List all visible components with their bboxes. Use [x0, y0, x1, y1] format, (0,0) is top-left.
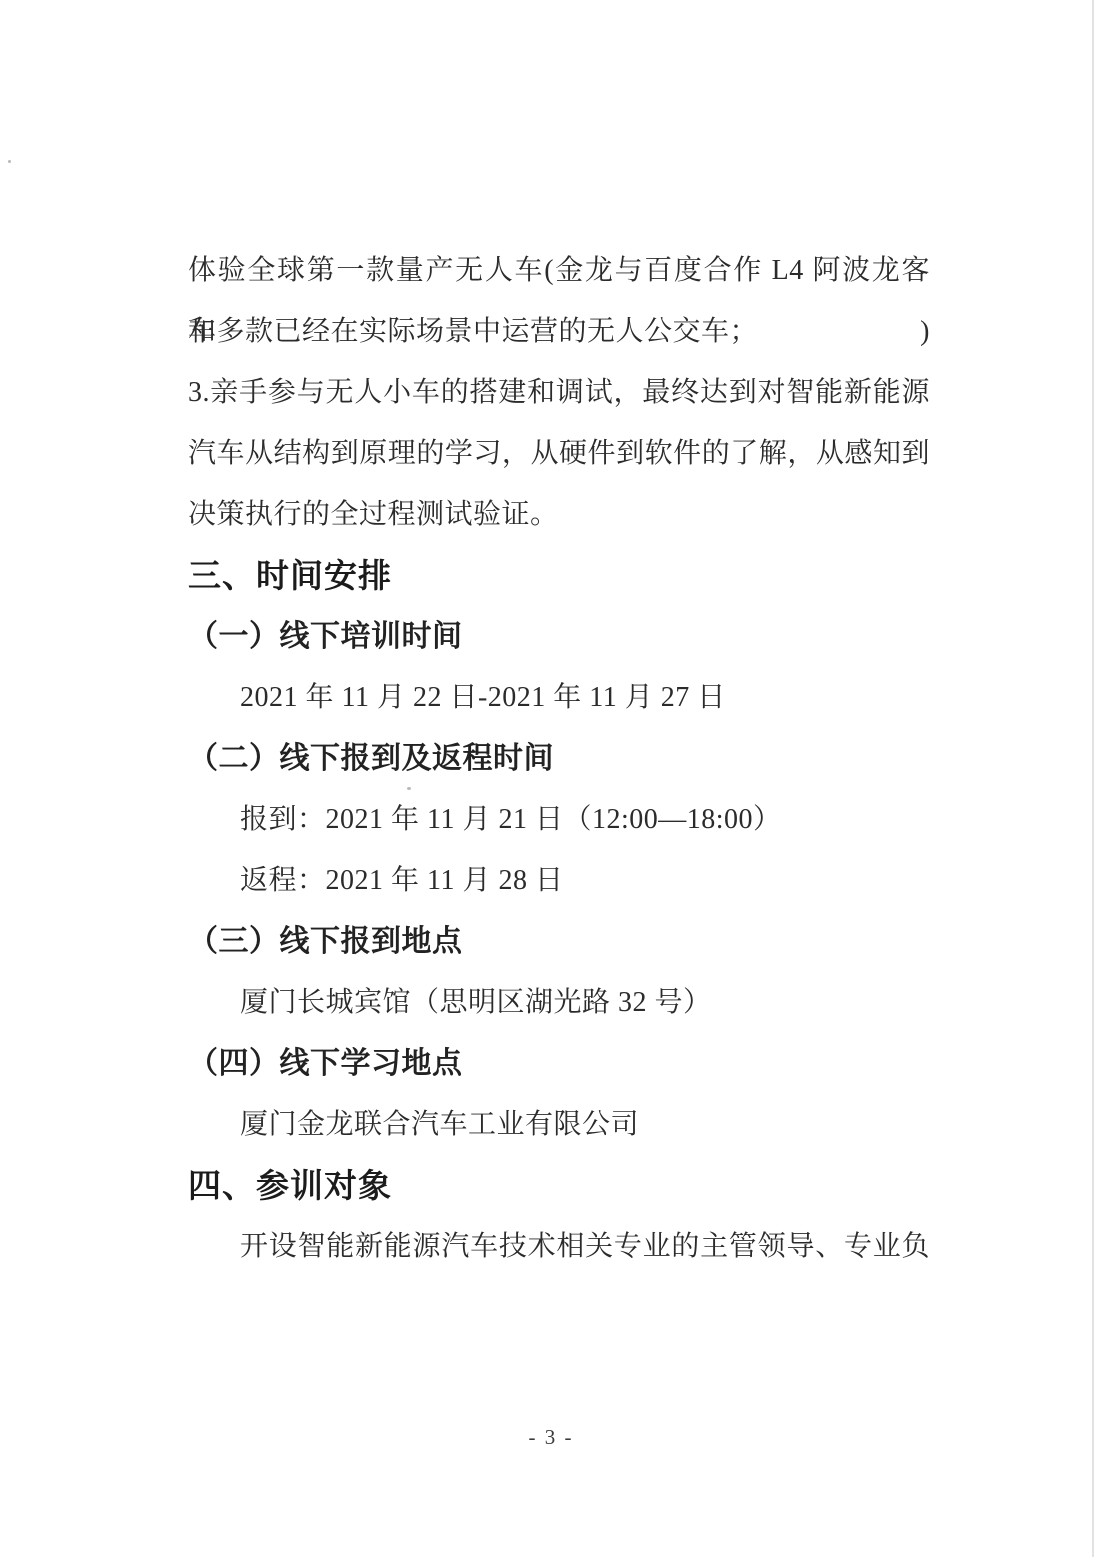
paragraph-line-structure-to-software: 汽车从结构到原理的学习，从硬件到软件的了解，从感知到	[188, 423, 930, 484]
subheading-study-location: （四）线下学习地点	[188, 1033, 930, 1094]
checkin-datetime: 报到：2021 年 11 月 21 日（12:00—18:00）	[188, 789, 930, 850]
scan-speck	[8, 160, 11, 163]
heading-participants: 四、参训对象	[188, 1155, 930, 1216]
page-number: - 3 -	[529, 1425, 574, 1449]
subheading-checkin-return-time: （二）线下报到及返程时间	[188, 728, 930, 789]
paragraph-line-full-process-test: 决策执行的全过程测试验证。	[188, 484, 930, 545]
checkin-location-address: 厦门长城宾馆（思明区湖光路 32 号）	[188, 972, 930, 1033]
study-location-company: 厦门金龙联合汽车工业有限公司	[188, 1094, 930, 1155]
paragraph-line-apolong-bus: 体验全球第一款量产无人车(金龙与百度合作 L4 阿波龙客车)	[188, 240, 930, 301]
return-date: 返程：2021 年 11 月 28 日	[188, 850, 930, 911]
subheading-checkin-location: （三）线下报到地点	[188, 911, 930, 972]
page-footer: - 3 -	[0, 1425, 1102, 1450]
heading-time-schedule: 三、时间安排	[188, 545, 930, 606]
document-body: 体验全球第一款量产无人车(金龙与百度合作 L4 阿波龙客车) 和多款已经在实际场…	[188, 240, 930, 1277]
paragraph-line-item3-build-debug: 3.亲手参与无人小车的搭建和调试，最终达到对智能新能源	[188, 362, 930, 423]
scan-edge-artifact	[1092, 0, 1094, 1557]
subheading-offline-training-time: （一）线下培训时间	[188, 606, 930, 667]
training-date-range: 2021 年 11 月 22 日-2021 年 11 月 27 日	[188, 667, 930, 728]
scanned-page: 体验全球第一款量产无人车(金龙与百度合作 L4 阿波龙客车) 和多款已经在实际场…	[0, 0, 1102, 1557]
scan-speck	[407, 787, 411, 790]
paragraph-line-participants-intro: 开设智能新能源汽车技术相关专业的主管领导、专业负	[188, 1216, 930, 1277]
